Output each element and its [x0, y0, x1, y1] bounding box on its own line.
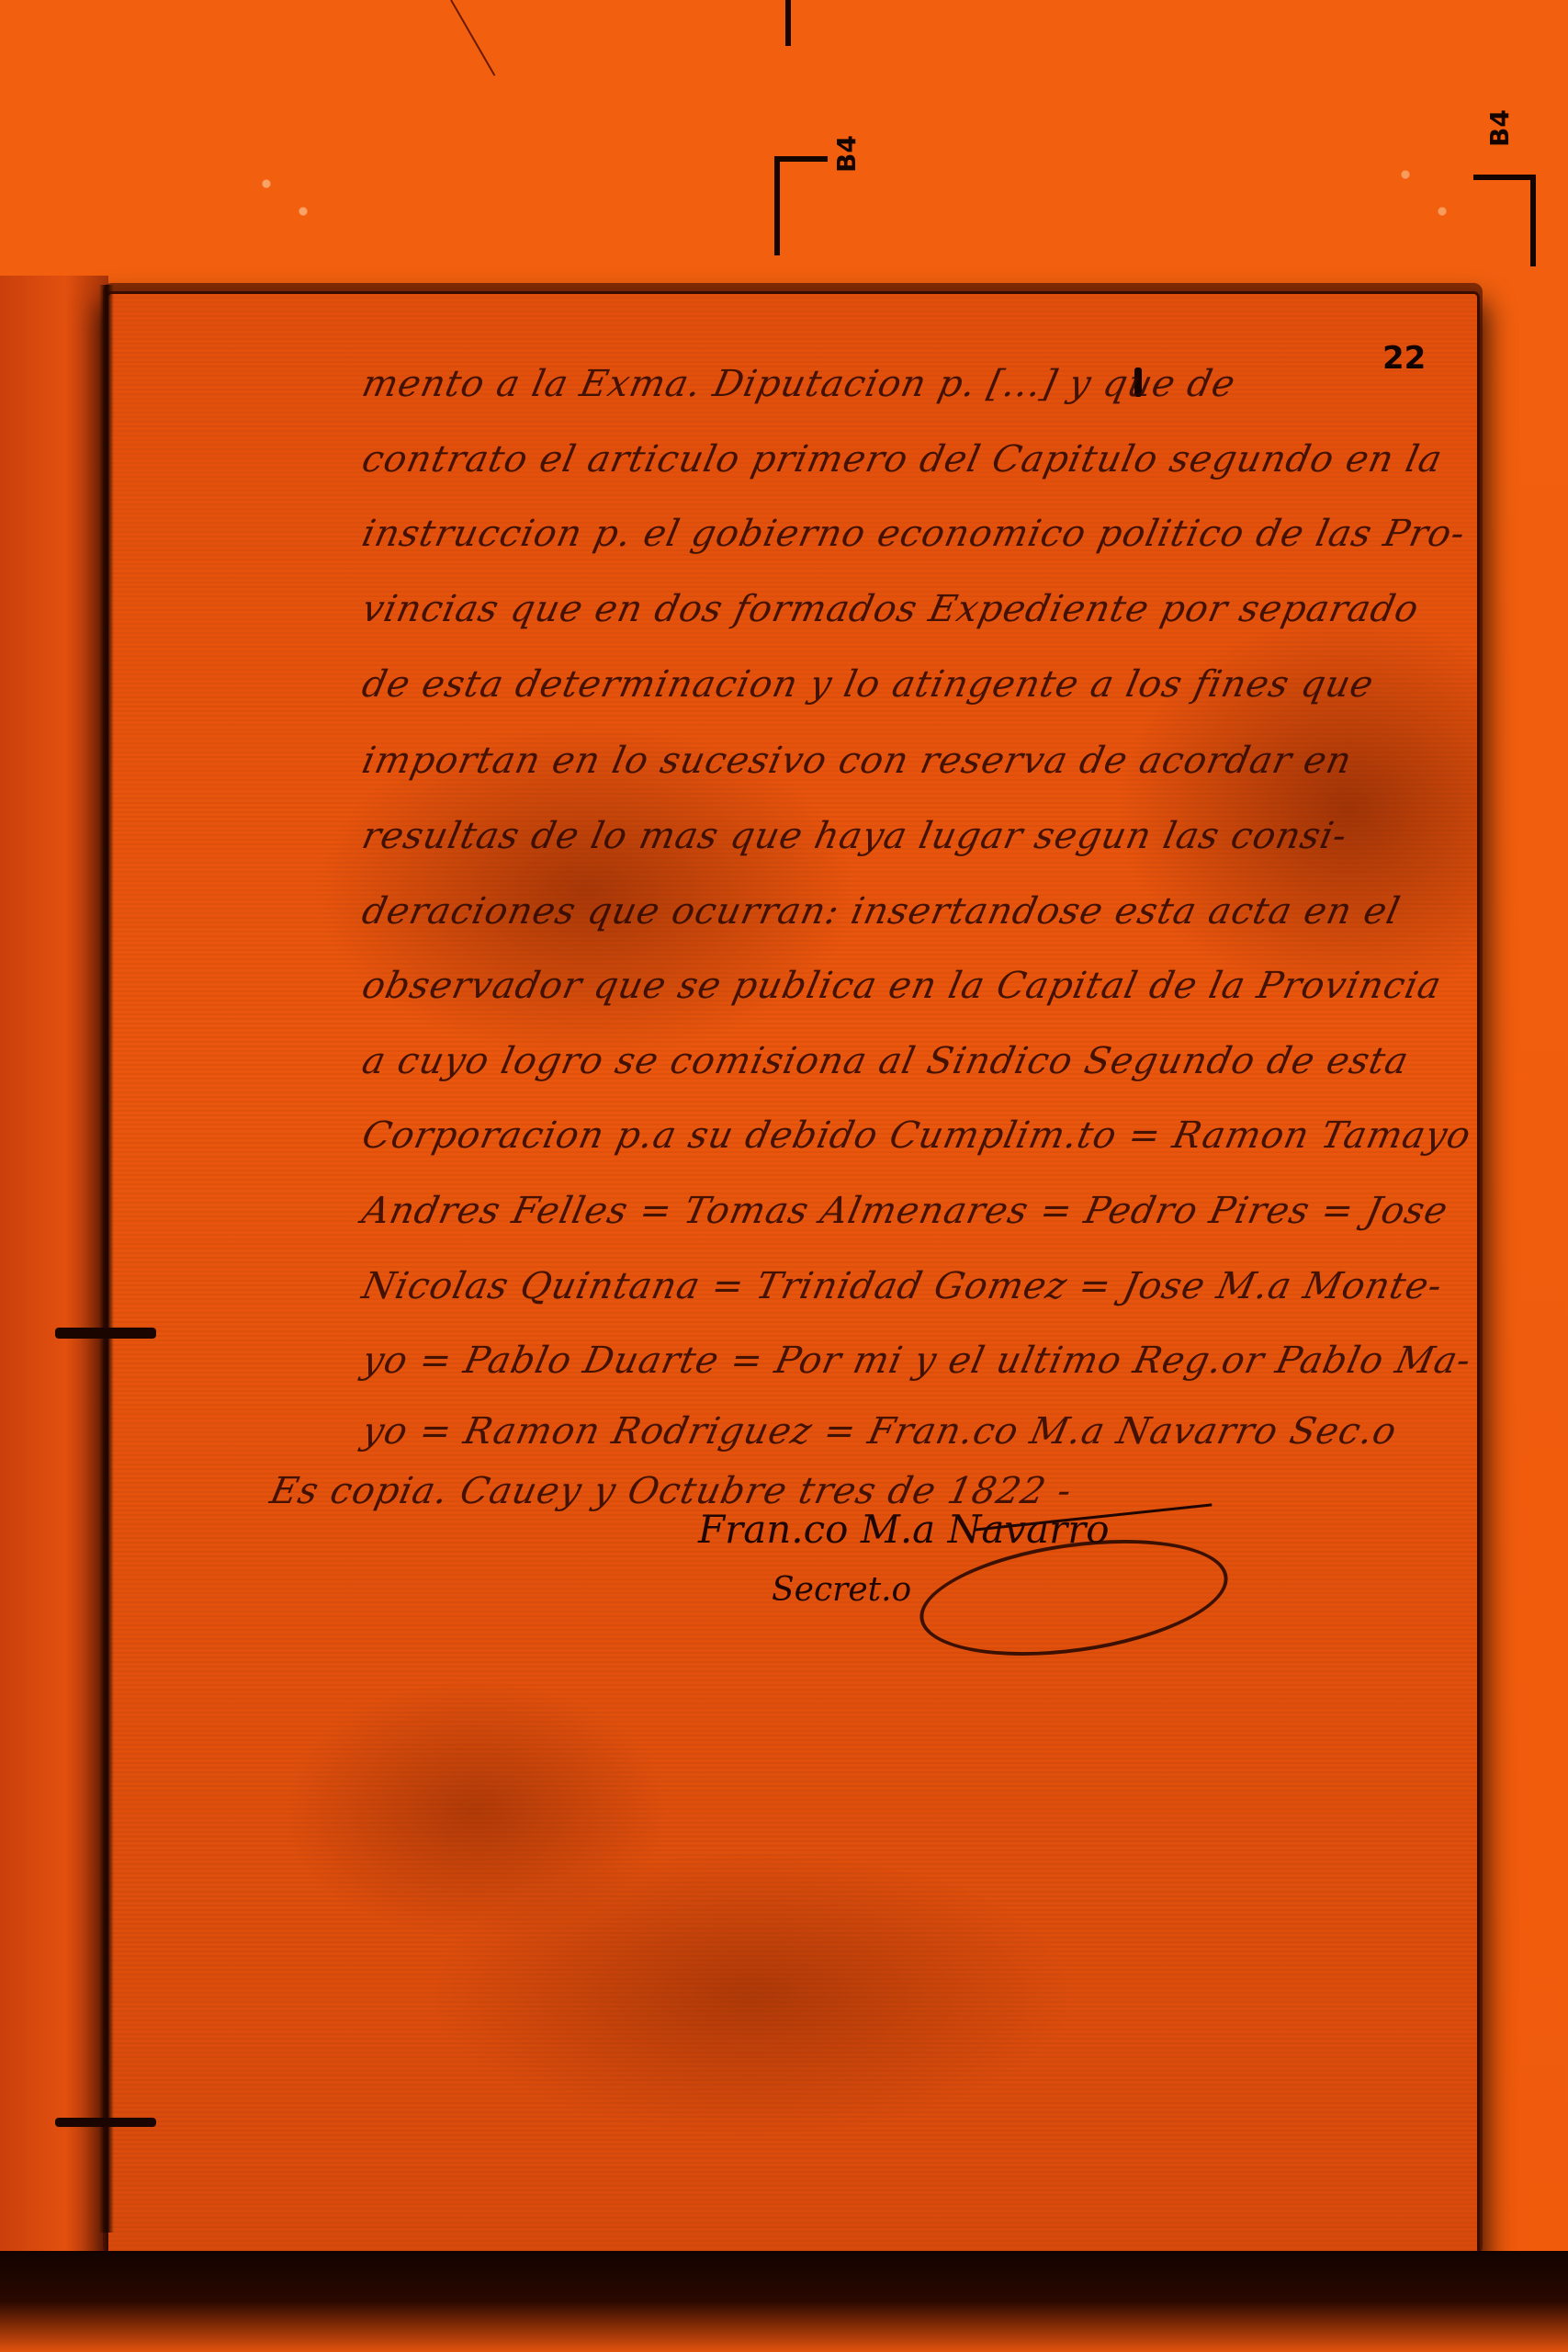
text-line: de esta determinacion y lo atingente a l…: [358, 663, 1378, 706]
text-line: deraciones que ocurran: insertandose est…: [358, 890, 1404, 933]
text-line: mento a la Exma. Diputacion p. [...] y q…: [358, 363, 1239, 405]
previous-page-fragment: [0, 276, 108, 2260]
page-bottom-shadow: [0, 2251, 1568, 2352]
binding-spine: [99, 285, 114, 2233]
text-line: importan en lo sucesivo con reserva de a…: [358, 740, 1356, 782]
text-line: contrato el articulo primero del Capitul…: [358, 438, 1446, 481]
text-line: observador que se publica en la Capital …: [358, 965, 1445, 1007]
text-line: instruccion p. el gobierno economico pol…: [358, 513, 1469, 555]
text-line: yo = Pablo Duarte = Por mi y el ultimo R…: [358, 1340, 1475, 1382]
text-line: Andres Felles = Tomas Almenares = Pedro …: [358, 1190, 1451, 1232]
text-line: Corporacion p.a su debido Cumplim.to = R…: [358, 1114, 1474, 1157]
crop-marker-label: B4: [831, 135, 862, 173]
folio-number: 22: [1382, 340, 1426, 377]
binding-stitch: [55, 2118, 156, 2127]
crop-marker-label: B4: [1484, 109, 1515, 147]
binding-stitch: [55, 1328, 156, 1339]
registration-line: [785, 0, 791, 46]
text-line: Nicolas Quintana = Trinidad Gomez = Jose…: [358, 1265, 1446, 1307]
text-line: yo = Ramon Rodriguez = Fran.co M.a Navar…: [358, 1410, 1401, 1453]
signature-title: Secret.o: [772, 1571, 911, 1609]
text-line: resultas de lo mas que haya lugar segun …: [358, 815, 1351, 857]
signature-name: Fran.co M.a Navarro: [698, 1507, 1110, 1552]
text-line: a cuyo logro se comisiona al Sindico Seg…: [358, 1040, 1413, 1082]
text-line: vincias que en dos formados Expediente p…: [358, 588, 1423, 630]
